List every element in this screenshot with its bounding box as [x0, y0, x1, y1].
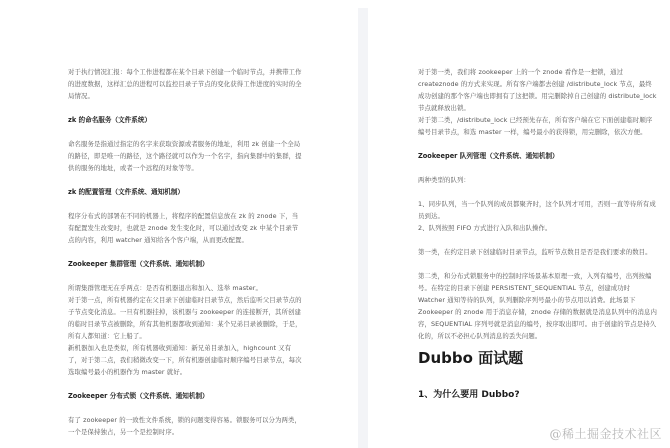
- paragraph-naming-service: 命名服务是指通过指定的名字来获取资源或者服务的地址，利用 zk 创建一个全局的路…: [68, 138, 304, 174]
- paragraph-config-management: 程序分布式的部署在不同的机器上，将程序的配置信息放在 zk 的 znode 下，…: [68, 210, 304, 246]
- document-page-right: 对于第一类，我们将 zookeeper 上的一个 znode 看作是一把锁，通过…: [368, 0, 670, 448]
- heading-config-management: zk 的配置管理（文件系统、通知机制）: [68, 186, 304, 198]
- heading-cluster-management: Zookeeper 集群管理（文件系统、通知机制）: [68, 258, 304, 270]
- right-page-content: 对于第一类，我们将 zookeeper 上的一个 znode 看作是一把锁，通过…: [418, 66, 658, 402]
- left-page-content: 对于执行情况汇报：每个工作进程都在某个目录下创建一个临时节点，并携带工作的进度数…: [68, 66, 304, 438]
- paragraph-queue-type-two: 第二类，和分布式锁服务中的控制时序场景基本原理一致，入列有编号，出列按编号。在特…: [418, 270, 658, 342]
- paragraph-queue-type-one: 第一类，在约定目录下创建临时目录节点，监听节点数目是否是我们要求的数目。: [418, 246, 658, 258]
- heading-naming-service: zk 的命名服务（文件系统）: [68, 114, 304, 126]
- paragraph-lock-type-one: 对于第一类，我们将 zookeeper 上的一个 znode 看作是一把锁，通过…: [418, 66, 658, 114]
- section-title-dubbo: Dubbo 面试题: [418, 348, 658, 368]
- paragraph-lock-type-two: 对于第二类，/distribute_lock 已经预先存在，所有客户端在它下面创…: [418, 114, 658, 138]
- document-page-left: 对于执行情况汇报：每个工作进程都在某个目录下创建一个临时节点，并携带工作的进度数…: [0, 0, 358, 448]
- paragraph-work-progress: 对于执行情况汇报：每个工作进程都在某个目录下创建一个临时节点，并携带工作的进度数…: [68, 66, 304, 102]
- heading-distributed-lock: Zookeeper 分布式锁（文件系统、通知机制）: [68, 390, 304, 402]
- paragraph-cluster-point-one: 对于第一点，所有机器约定在父目录下创建临时目录节点，然后监听父目录节点的子节点变…: [68, 294, 304, 342]
- paragraph-fifo-queue: 2、队列按照 FIFO 方式进行入队和出队操作。: [418, 222, 658, 234]
- paragraph-cluster-point-two: 新机器加入也是类似，所有机器收到通知：新兄弟目录加入，highcount 又有了…: [68, 342, 304, 378]
- paragraph-cluster-intro: 所谓集群管理无在乎两点：是否有机器退出和加入、选举 master。: [68, 282, 304, 294]
- question-why-dubbo: 1、为什么要用 Dubbo?: [418, 388, 658, 402]
- heading-queue-management: Zookeeper 队列管理（文件系统、通知机制）: [418, 150, 658, 162]
- paragraph-sync-queue: 1、同步队列，当一个队列的成员都聚齐时，这个队列才可用，否则一直等待所有成员到达…: [418, 198, 658, 222]
- paragraph-queue-types: 两种类型的队列：: [418, 174, 658, 186]
- watermark: @稀土掘金技术社区: [549, 425, 662, 442]
- page-gutter: [358, 8, 368, 448]
- paragraph-distributed-lock: 有了 zookeeper 的一致性文件系统，锁的问题变得容易。锁服务可以分为两类…: [68, 414, 304, 438]
